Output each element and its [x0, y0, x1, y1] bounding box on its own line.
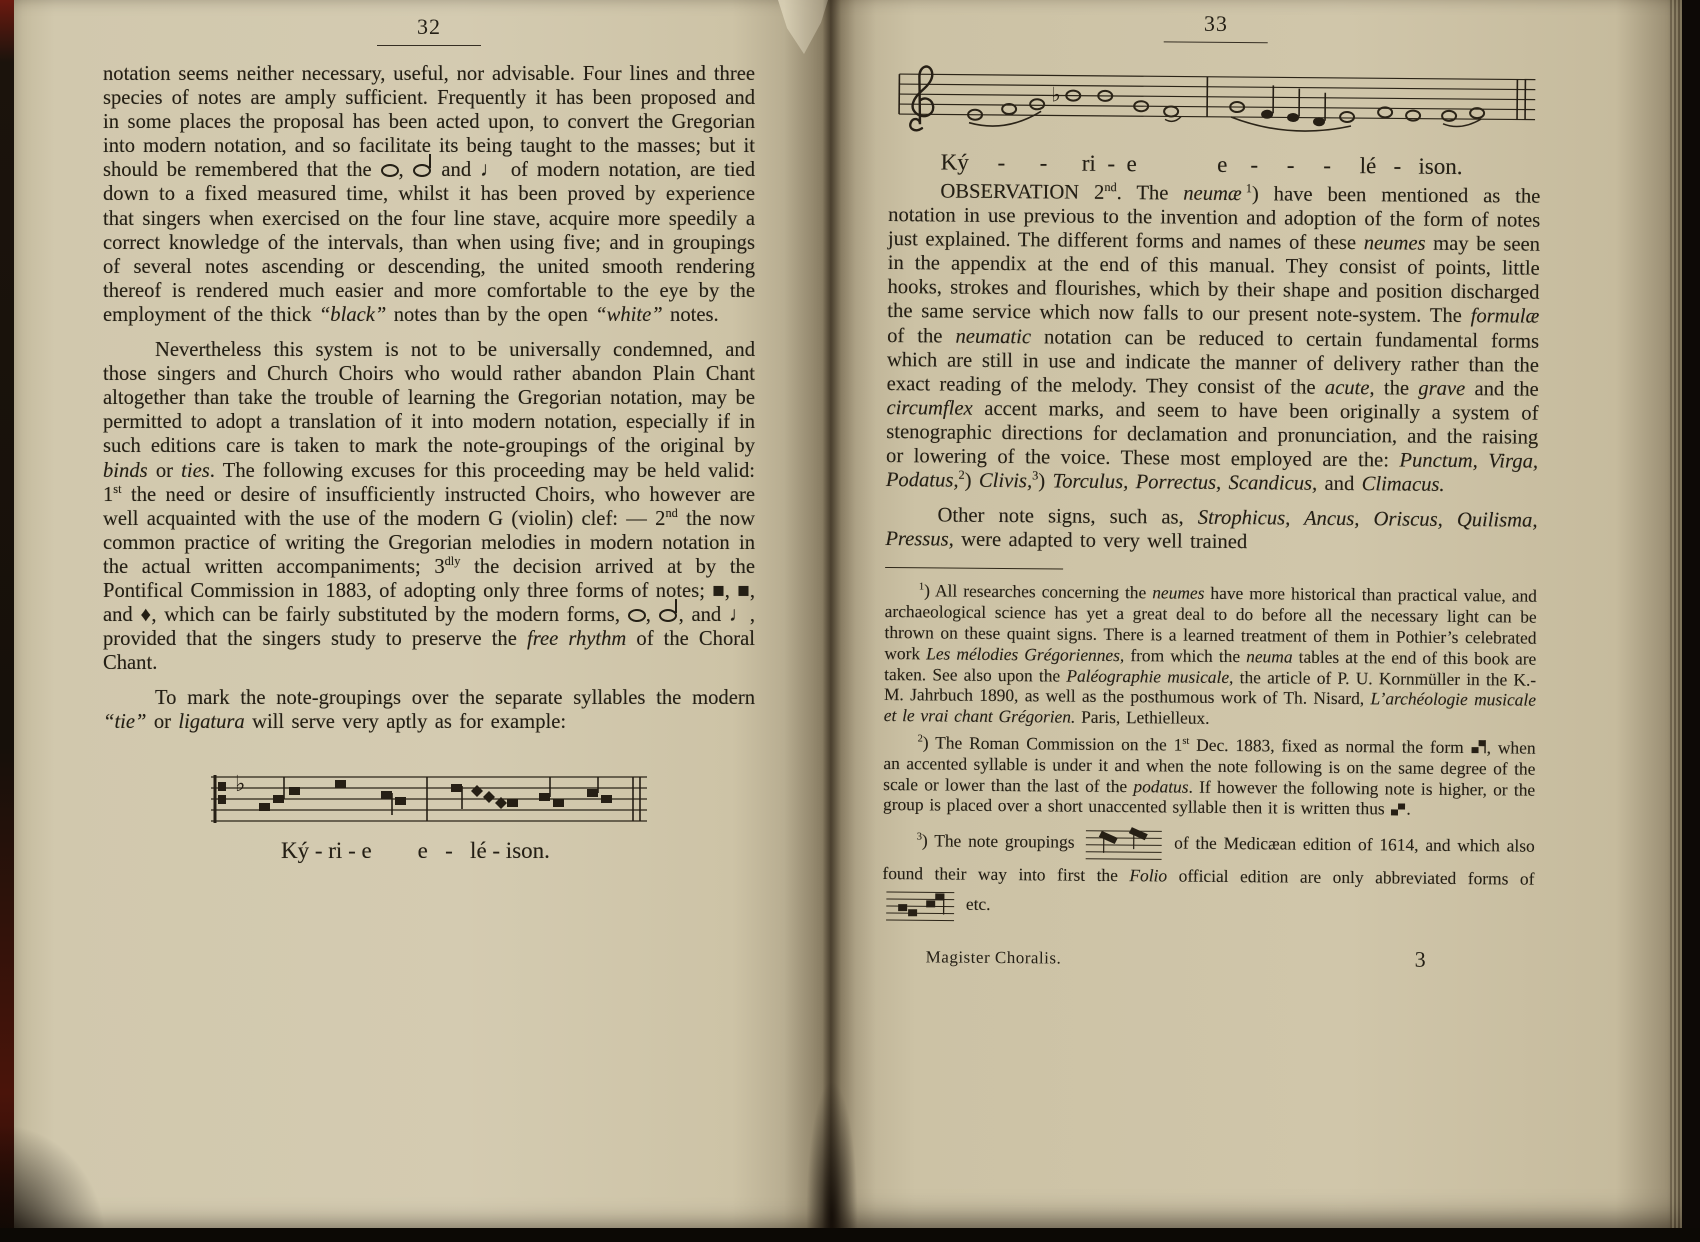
podatus-icon — [1471, 738, 1487, 756]
music-example-modern-notation: ♭ — [889, 56, 1538, 181]
paragraph-tie-example: To mark the note-groupings over the sepa… — [103, 686, 755, 734]
page-number-rule-left — [377, 45, 481, 46]
flat-sign-icon: ♭ — [235, 771, 245, 796]
podatus-icon — [1390, 800, 1406, 818]
page-number-right: 33 — [890, 8, 1542, 40]
footnote-separator-rule — [885, 567, 1063, 570]
page-number-block-left: 32 — [103, 14, 755, 46]
page-number-rule-right — [1164, 41, 1268, 43]
page-number-block-right: 33 — [890, 8, 1542, 46]
footnote-2: 2) The Roman Commission on the 1st Dec. … — [883, 732, 1536, 821]
footnote-text: . — [1406, 799, 1411, 819]
note-grouping-climacus-icon — [1085, 823, 1163, 866]
book-scan: 32 notation seems neither necessary, use… — [0, 0, 1700, 1242]
paragraph-text: and ♩ of modern notation, are tied down … — [103, 159, 755, 326]
page-32: 32 notation seems neither necessary, use… — [14, 0, 830, 1232]
bottom-scan-edge — [0, 1228, 1700, 1242]
paragraph-observation: OBSERVATION 2nd. The neumæ 1) have been … — [886, 179, 1541, 498]
lyrics-kyrie-left: Ký - ri - e e - lé - ison. — [209, 838, 649, 864]
flat-sign-icon: ♭ — [1051, 84, 1061, 106]
page-number-left: 32 — [103, 14, 755, 40]
note-grouping-podatus-icon — [886, 884, 956, 927]
paragraph-nevertheless: Nevertheless this system is not to be un… — [103, 338, 755, 675]
paragraph-notation: notation seems neither necessary, useful… — [103, 62, 755, 327]
paragraph-text: To mark the note-groupings over the sepa… — [103, 687, 755, 733]
sheet-signature-number: 3 — [1415, 947, 1426, 973]
footnote-3: 3) The note groupings of the Medicæan ed… — [882, 821, 1535, 931]
half-note-icon — [659, 609, 677, 622]
lyrics-kyrie-right: Ký - - ri - e e - - - lé - ison. — [889, 149, 1537, 181]
half-note-icon — [413, 164, 431, 177]
page-33: 33 ♭ — [830, 0, 1684, 1228]
music-example-square-notation: ♭ — [209, 769, 649, 864]
signature-row: Magister Choralis. 3 — [882, 942, 1534, 974]
paragraph-text: , — [399, 159, 413, 181]
whole-note-icon — [628, 609, 646, 622]
paragraph-text: Nevertheless this system is not to be un… — [103, 339, 755, 626]
page-32-content: 32 notation seems neither necessary, use… — [103, 14, 755, 864]
note-heads: ♭ — [968, 75, 1525, 133]
footnote-text: etc. — [960, 894, 991, 914]
staff-square-notation: ♭ — [209, 769, 649, 829]
right-page-stack-edge — [1682, 0, 1700, 1242]
paragraph-other-note-signs: Other note signs, such as, Strophicus, A… — [885, 503, 1537, 557]
staff-modern-notation: ♭ — [889, 56, 1538, 146]
page-33-content: 33 ♭ — [882, 8, 1542, 974]
book-title-signature: Magister Choralis. — [926, 947, 1062, 968]
paragraph-text: , — [646, 604, 659, 626]
footnote-text: 3) The note groupings — [917, 830, 1082, 851]
whole-note-icon — [381, 164, 399, 177]
footnote-1: 1) All researches concerning the neumes … — [884, 580, 1537, 731]
treble-clef-icon — [910, 66, 933, 130]
